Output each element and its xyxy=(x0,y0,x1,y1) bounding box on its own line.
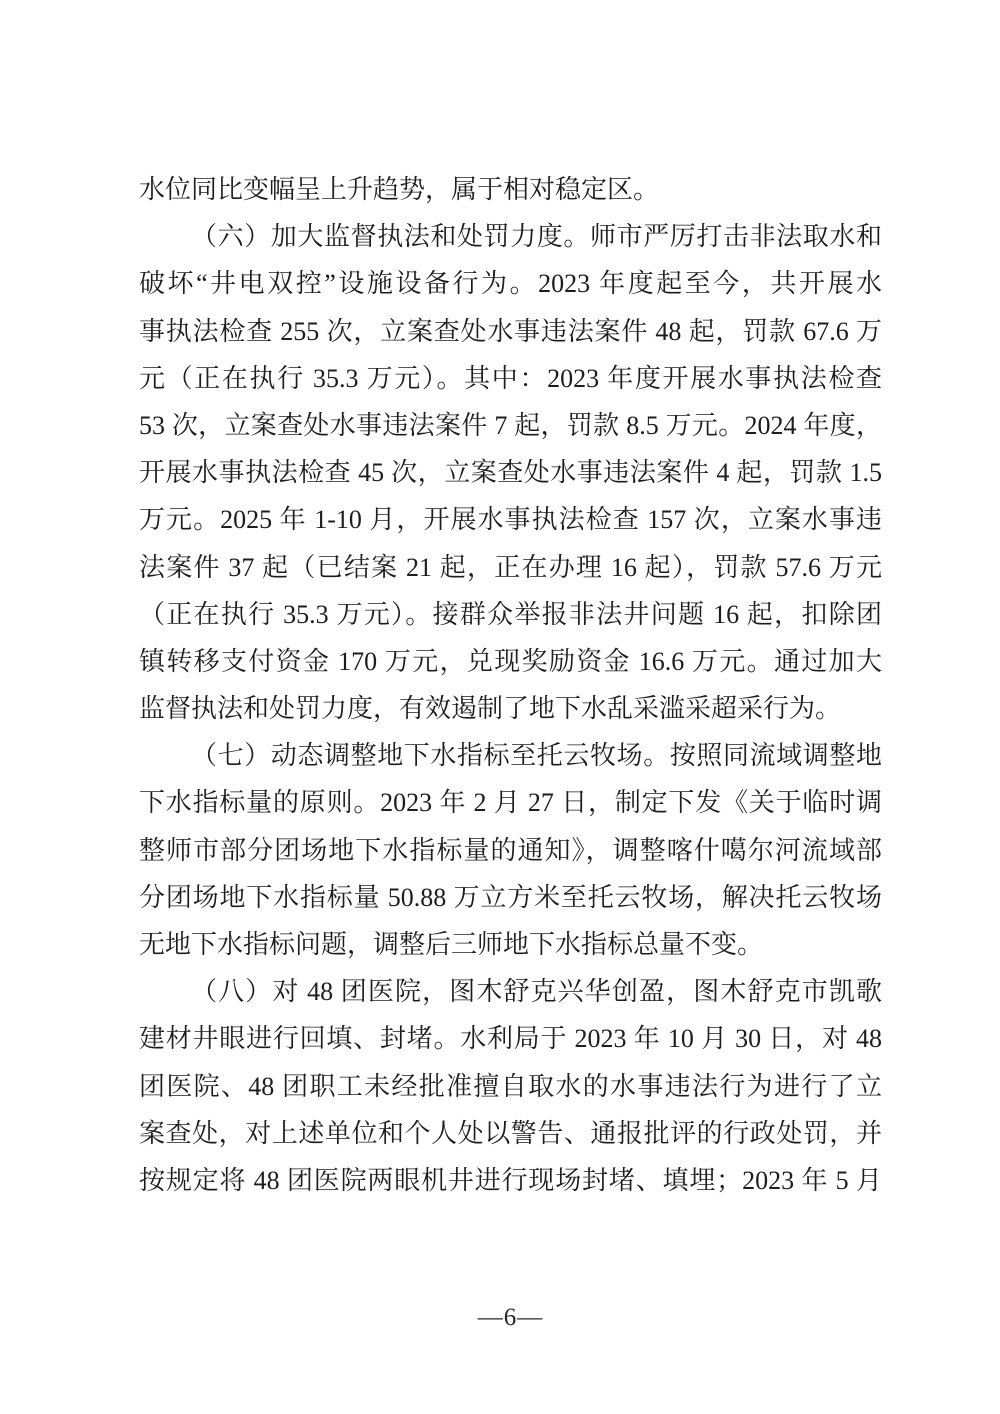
text-line: 破坏“井电双控”设施设备行为。2023 年度起至今，共开展水 xyxy=(139,260,882,307)
text-line: 事执法检查 255 次，立案查处水事违法案件 48 起，罚款 67.6 万 xyxy=(139,308,882,355)
text-line: 53 次，立案查处水事违法案件 7 起，罚款 8.5 万元。2024 年度， xyxy=(139,402,882,449)
text-line: 元（正在执行 35.3 万元）。其中：2023 年度开展水事执法检查 xyxy=(139,355,882,402)
text-line: （正在执行 35.3 万元）。接群众举报非法井问题 16 起，扣除团 xyxy=(139,591,882,638)
text-line: 镇转移支付资金 170 万元，兑现奖励资金 16.6 万元。通过加大 xyxy=(139,638,882,685)
document-page: 水位同比变幅呈上升趋势，属于相对稳定区。 （六）加大监督执法和处罚力度。师市严厉… xyxy=(0,0,1000,1414)
text-line: 案查处，对上述单位和个人处以警告、通报批评的行政处罚，并 xyxy=(139,1110,882,1157)
text-line: 分团场地下水指标量 50.88 万立方米至托云牧场，解决托云牧场 xyxy=(139,874,882,921)
text-line: 下水指标量的原则。2023 年 2 月 27 日，制定下发《关于临时调 xyxy=(139,779,882,826)
text-line: 开展水事执法检查 45 次，立案查处水事违法案件 4 起，罚款 1.5 xyxy=(139,449,882,496)
text-line: （七）动态调整地下水指标至托云牧场。按照同流域调整地 xyxy=(139,732,882,779)
text-line: 法案件 37 起（已结案 21 起，正在办理 16 起），罚款 57.6 万元 xyxy=(139,544,882,591)
text-line: 水位同比变幅呈上升趋势，属于相对稳定区。 xyxy=(139,166,882,213)
text-line: 建材井眼进行回填、封堵。水利局于 2023 年 10 月 30 日，对 48 xyxy=(139,1015,882,1062)
text-line: （八）对 48 团医院，图木舒克兴华创盈，图木舒克市凯歌 xyxy=(139,968,882,1015)
text-line: 监督执法和处罚力度，有效遏制了地下水乱采滥采超采行为。 xyxy=(139,685,882,732)
text-line: 无地下水指标问题，调整后三师地下水指标总量不变。 xyxy=(139,921,882,968)
text-line: 万元。2025 年 1-10 月，开展水事执法检查 157 次，立案水事违 xyxy=(139,496,882,543)
page-number: —6— xyxy=(139,1301,882,1335)
text-line: 整师市部分团场地下水指标量的通知》，调整喀什噶尔河流域部 xyxy=(139,827,882,874)
text-line: 团医院、48 团职工未经批准擅自取水的水事违法行为进行了立 xyxy=(139,1063,882,1110)
text-line: （六）加大监督执法和处罚力度。师市严厉打击非法取水和 xyxy=(139,213,882,260)
text-line: 按规定将 48 团医院两眼机井进行现场封堵、填埋；2023 年 5 月 xyxy=(139,1157,882,1204)
document-body: 水位同比变幅呈上升趋势，属于相对稳定区。 （六）加大监督执法和处罚力度。师市严厉… xyxy=(139,166,882,1204)
